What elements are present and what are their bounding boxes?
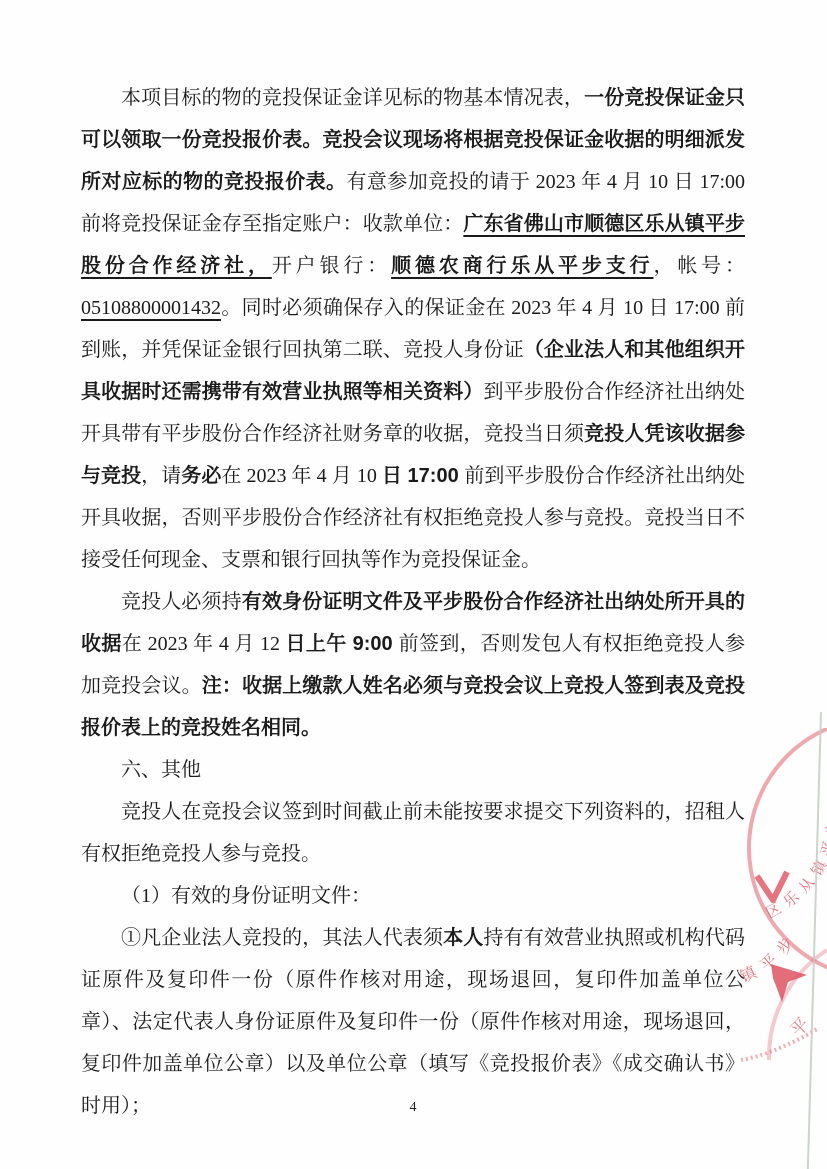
text-run: 日上午 9:00: [285, 633, 398, 655]
text-run: 竞投人必须持: [121, 591, 242, 613]
document-body: 本项目标的物的竞投保证金详见标的物基本情况表，一份竞投保证金只可以领取一份竞投报…: [81, 77, 745, 1127]
text-run: 开户银行：: [272, 255, 391, 277]
para-id-documents-heading: （1）有效的身份证明文件：: [81, 875, 745, 917]
seal-serial-mark: [741, 1028, 819, 1060]
seal-ring-lower: [769, 950, 827, 1060]
para-materials-requirement: 竞投人在竞投会议签到时间截止前未能按要求提交下列资料的，招租人有权拒绝竞投人参与…: [81, 791, 745, 875]
seal-star-point-lower-icon: [771, 964, 807, 1002]
text-run: 顺德农商行乐从平步支行: [391, 255, 653, 277]
text-run: 05108800001432: [81, 297, 221, 319]
text-run: 日 17:00: [382, 465, 464, 487]
text-run: 务必: [181, 465, 221, 487]
text-run: 竞投人在竞投会议签到时间截止前未能按要求提交下列资料的，招租人有权拒绝竞投人参与…: [81, 801, 745, 865]
para-signin-requirement: 竞投人必须持有效身份证明文件及平步股份合作经济社出纳处所开具的收据在 2023 …: [81, 581, 745, 749]
para-corporate-bidder: ①凡企业法人竞投的，其法人代表须本人持有有效营业执照或机构代码证原件及复印件一份…: [81, 917, 745, 1127]
text-run: （1）有效的身份证明文件：: [121, 885, 371, 907]
text-run: 在 2023 年 4 月 10: [221, 465, 382, 487]
para-deposit-instructions: 本项目标的物的竞投保证金详见标的物基本情况表，一份竞投保证金只可以领取一份竞投报…: [81, 77, 745, 581]
scan-artifact-line: [807, 712, 822, 1169]
text-run: ，请: [141, 465, 181, 487]
text-run: ，帐号：: [653, 255, 745, 277]
seal-lower-arc-text: 镇平步: [737, 927, 802, 986]
text-run: ①凡企业法人竞投的，其法人代表须: [121, 927, 443, 949]
seal-rotated-char: 平: [786, 1014, 813, 1041]
text-run: 本人: [443, 927, 483, 949]
text-run: 本项目标的物的竞投保证金详见标的物基本情况表，: [121, 87, 584, 109]
text-run: 在 2023 年 4 月 12: [122, 633, 286, 655]
text-run: 持有有效营业执照或机构代码证原件及复印件一份（原件作核对用途，现场退回，复印件加…: [81, 927, 745, 1117]
para-section-six-heading: 六、其他: [81, 749, 745, 791]
text-run: 六、其他: [121, 759, 201, 781]
page-number: 4: [81, 1100, 745, 1116]
svg-text:镇平步: 镇平步: [737, 927, 802, 986]
seal-star-point-upper-icon: [757, 872, 787, 900]
document-page: 本项目标的物的竞投保证金详见标的物基本情况表，一份竞投保证金只可以领取一份竞投报…: [0, 0, 827, 1169]
